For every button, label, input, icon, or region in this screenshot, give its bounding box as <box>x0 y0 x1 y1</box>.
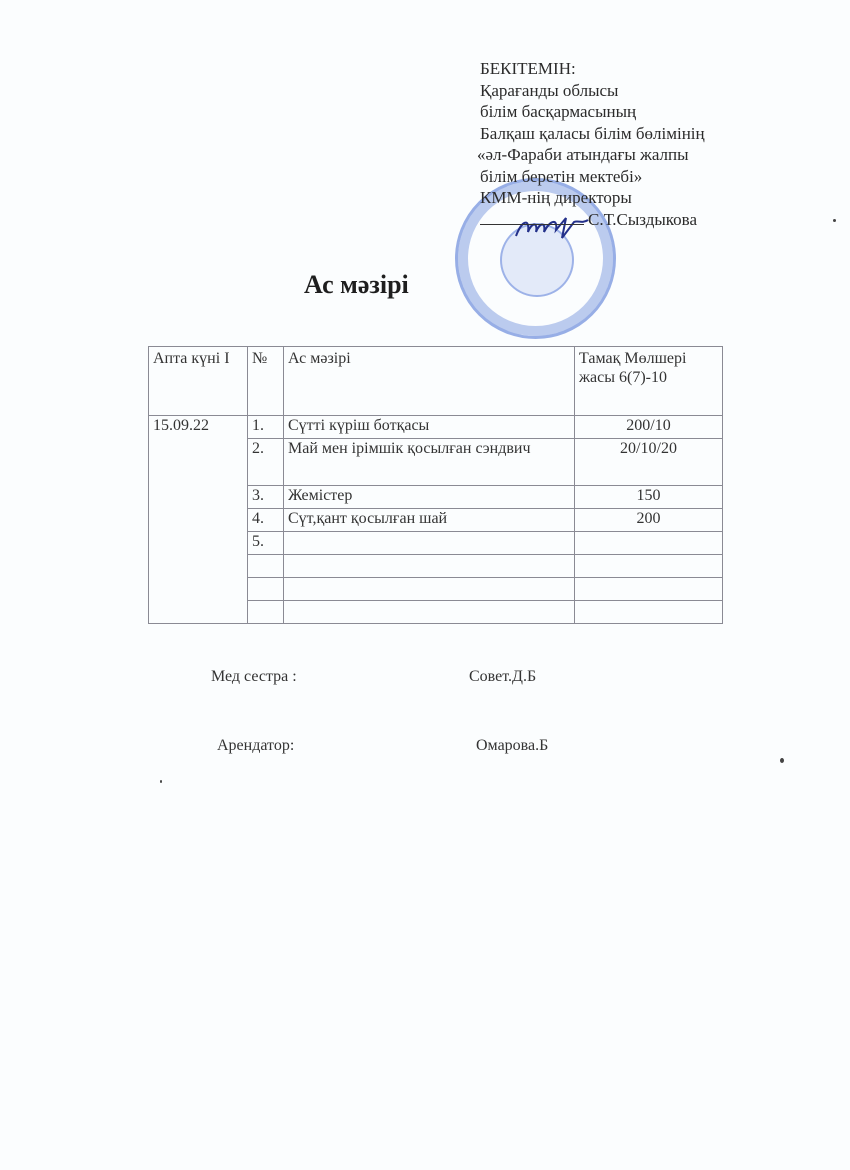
scan-speck <box>160 780 162 783</box>
portion-size <box>575 532 723 555</box>
approval-heading: БЕКІТЕМІН: <box>480 58 705 80</box>
row-number: 1. <box>248 416 284 439</box>
dish-name <box>284 555 575 578</box>
nurse-name: Совет.Д.Б <box>469 668 536 686</box>
dish-name: Сүт,қант қосылған шай <box>284 509 575 532</box>
approval-line: Балқаш қаласы білім бөлімінің <box>480 123 705 145</box>
portion-size: 200/10 <box>575 416 723 439</box>
row-number: 2. <box>248 439 284 486</box>
header-portion: Тамақ Мөлшері жасы 6(7)-10 <box>575 347 723 416</box>
row-number <box>248 601 284 624</box>
header-number: № <box>248 347 284 416</box>
portion-size <box>575 601 723 624</box>
header-menu: Ас мәзірі <box>284 347 575 416</box>
nurse-label: Мед сестра : <box>211 668 297 686</box>
scan-speck <box>780 758 784 763</box>
scan-speck <box>833 219 836 222</box>
table-header-row: Апта күні І № Ас мәзірі Тамақ Мөлшері жа… <box>149 347 723 416</box>
director-signature-line: С.Т.Сыздыкова <box>480 209 705 231</box>
row-number <box>248 578 284 601</box>
signature-underline <box>480 212 584 225</box>
approval-line: Қарағанды облысы <box>480 80 705 102</box>
portion-size <box>575 578 723 601</box>
director-name: С.Т.Сыздыкова <box>588 210 697 229</box>
dish-name: Жемістер <box>284 486 575 509</box>
portion-size: 150 <box>575 486 723 509</box>
dish-name <box>284 601 575 624</box>
portion-size <box>575 555 723 578</box>
approval-line: КММ-нің директоры <box>480 187 705 209</box>
dish-name: Май мен ірімшік қосылған сэндвич <box>284 439 575 486</box>
row-number <box>248 555 284 578</box>
row-number: 3. <box>248 486 284 509</box>
row-number: 5. <box>248 532 284 555</box>
approval-block: БЕКІТЕМІН: Қарағанды облысы білім басқар… <box>480 58 705 230</box>
approval-line: «әл-Фараби атындағы жалпы <box>477 144 705 166</box>
dish-name <box>284 532 575 555</box>
page-title: Ас мәзірі <box>304 270 409 300</box>
table-row: 15.09.22 1. Сүтті күріш ботқасы 200/10 <box>149 416 723 439</box>
portion-size: 20/10/20 <box>575 439 723 486</box>
approval-line: білім беретін мектебі» <box>480 166 705 188</box>
tenant-label: Арендатор: <box>217 737 294 755</box>
menu-table: Апта күні І № Ас мәзірі Тамақ Мөлшері жа… <box>148 346 723 624</box>
header-day: Апта күні І <box>149 347 248 416</box>
approval-line: білім басқармасының <box>480 101 705 123</box>
row-number: 4. <box>248 509 284 532</box>
dish-name <box>284 578 575 601</box>
tenant-name: Омарова.Б <box>476 737 548 755</box>
portion-size: 200 <box>575 509 723 532</box>
date-cell: 15.09.22 <box>149 416 248 624</box>
dish-name: Сүтті күріш ботқасы <box>284 416 575 439</box>
